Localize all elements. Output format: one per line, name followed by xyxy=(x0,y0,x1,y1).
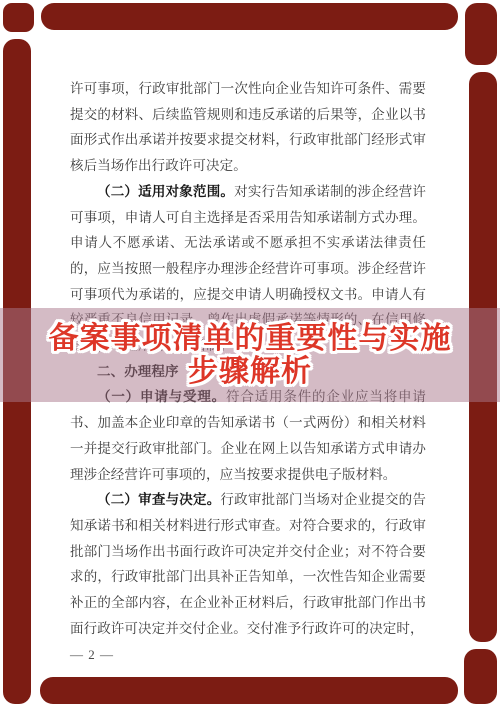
paragraph-continuation: 许可事项，行政审批部门一次性向企业告知许可条件、需要提交的材料、后续监管规则和违… xyxy=(70,76,426,179)
frame-bottom-right-block xyxy=(464,649,497,704)
paragraph-review: （二）审查与决定。行政审批部门当场对企业提交的告知承诺书和相关材料进行形式审查。… xyxy=(70,487,426,641)
frame-top-bar xyxy=(41,3,458,30)
frame-top-right-block xyxy=(465,3,497,65)
page-number: — 2 — xyxy=(70,647,114,663)
paragraph-review-lead: （二）审查与决定。 xyxy=(97,492,220,507)
overlay-title-line1: 备案事项清单的重要性与实施 xyxy=(49,322,452,355)
overlay-title-line2: 步骤解析 xyxy=(188,355,312,388)
paragraph-review-body: 行政审批部门当场对企业提交的告知承诺书和相关材料进行形式审查。对符合要求的，行政… xyxy=(70,492,426,636)
screenshot-stage: 许可事项，行政审批部门一次性向企业告知许可条件、需要提交的材料、后续监管规则和违… xyxy=(0,0,500,707)
paragraph-scope-lead: （二）适用对象范围。 xyxy=(97,184,234,199)
frame-top-left-block xyxy=(3,3,34,32)
frame-bottom-bar xyxy=(40,677,458,704)
title-overlay-band: 备案事项清单的重要性与实施 步骤解析 xyxy=(0,308,500,402)
